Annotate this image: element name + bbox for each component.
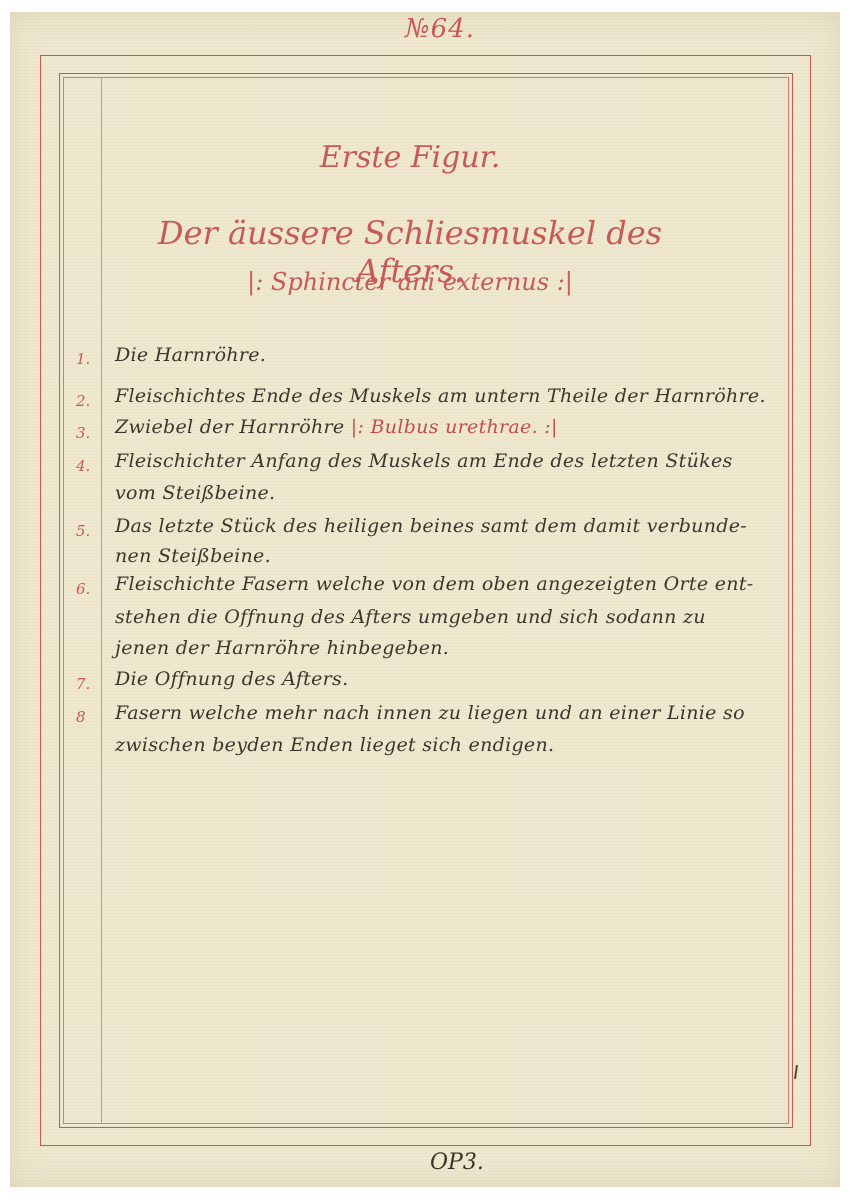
item-text-continuation: jenen der Harnröhre hinbegeben. [115, 637, 449, 659]
signature-mark: OP3. [430, 1150, 484, 1175]
item-text: Zwiebel der Harnröhre |: Bulbus urethrae… [115, 416, 558, 438]
item-number: 4. [76, 457, 100, 475]
item-number: 5. [76, 522, 100, 540]
item-text-continuation: vom Steißbeine. [115, 482, 275, 504]
item-text-continuation: zwischen beyden Enden lieget sich endige… [115, 734, 554, 756]
figure-heading: Erste Figur. [100, 140, 720, 175]
item-text: Fleischichtes Ende des Muskels am untern… [115, 385, 766, 407]
item-number: 7. [76, 675, 100, 693]
item-number: 6. [76, 580, 100, 598]
item-text: Die Offnung des Afters. [115, 668, 348, 690]
item-number: 3. [76, 424, 100, 442]
item-text: Fleischichter Anfang des Muskels am Ende… [115, 450, 733, 472]
item-text-latin: |: Bulbus urethrae. :| [351, 416, 558, 438]
folio-number: №64. [405, 14, 505, 44]
item-text: Fleischichte Fasern welche von dem oben … [115, 573, 753, 595]
item-number: 1. [76, 350, 100, 368]
item-text-continuation: stehen die Offnung des Afters umgeben un… [115, 606, 706, 628]
number-margin-rule [101, 78, 102, 1124]
item-text: Die Harnröhre. [115, 344, 266, 366]
item-text-continuation: nen Steißbeine. [115, 545, 271, 567]
item-text-german: Zwiebel der Harnröhre [115, 416, 344, 438]
item-text: Das letzte Stück des heiligen beines sam… [115, 515, 747, 537]
item-number: 2. [76, 392, 100, 410]
item-text: Fasern welche mehr nach innen zu liegen … [115, 702, 745, 724]
latin-subtitle: |: Sphincter ani externus :| [180, 268, 640, 296]
item-number: 8 [76, 708, 100, 726]
